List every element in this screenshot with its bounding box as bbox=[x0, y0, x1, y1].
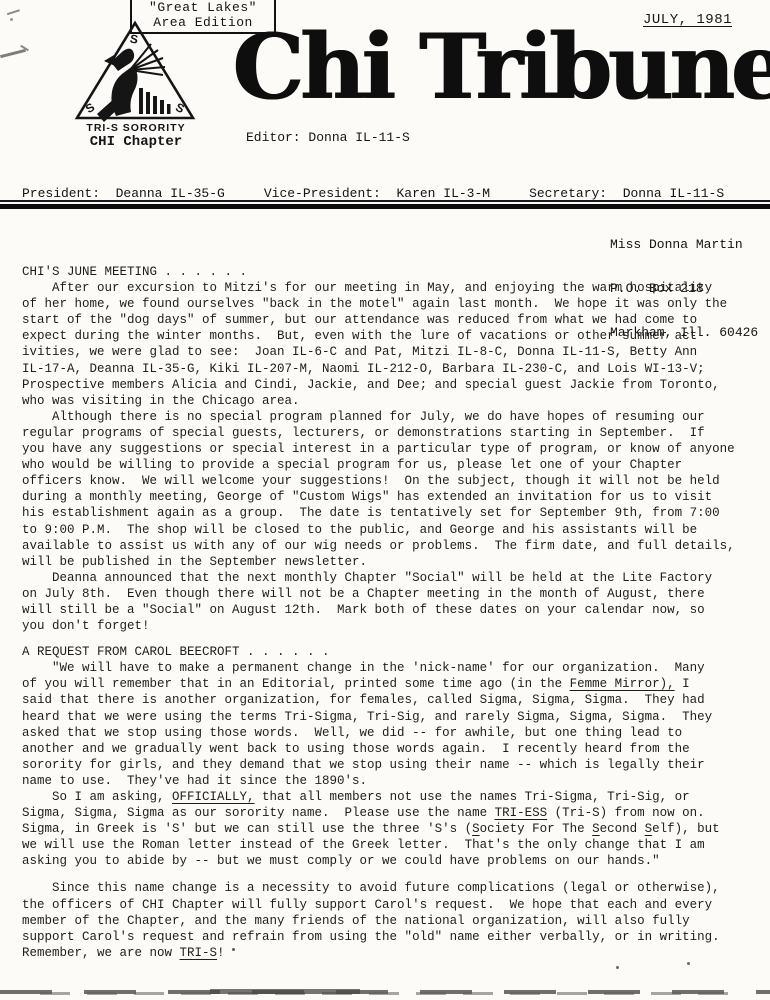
address-line: Miss Donna Martin bbox=[610, 238, 758, 253]
scan-edge-artifact bbox=[210, 989, 360, 994]
editor-line: Editor: Donna IL-11-S bbox=[246, 130, 410, 145]
body-text-segment: I said that there is another organizatio… bbox=[22, 677, 712, 788]
logo-chapter-name: CHI Chapter bbox=[68, 134, 204, 150]
underlined-text: S bbox=[592, 822, 600, 836]
speck-artifact bbox=[687, 962, 690, 965]
section-heading: CHI'S JUNE MEETING . . . . . . bbox=[22, 264, 762, 280]
body-text-segment: So I am asking, bbox=[22, 790, 172, 804]
svg-text:S: S bbox=[129, 32, 139, 47]
body-text-segment: ! bbox=[217, 946, 225, 960]
body-text-segment: ociety For The bbox=[480, 822, 593, 836]
newsletter-page: "Great Lakes" Area Edition JULY, 1981 Ch… bbox=[0, 0, 770, 1000]
body-paragraph: So I am asking, OFFICIALLY, that all mem… bbox=[22, 789, 762, 869]
svg-text:S: S bbox=[83, 100, 97, 116]
section-heading: A REQUEST FROM CAROL BEECROFT . . . . . … bbox=[22, 644, 762, 660]
pen-mark-artifact bbox=[7, 9, 22, 22]
pen-mark-artifact bbox=[0, 49, 26, 58]
pen-mark-artifact bbox=[20, 45, 29, 51]
svg-text:S: S bbox=[173, 100, 186, 116]
swan-emblem bbox=[97, 44, 171, 122]
body-text-segment: After our excursion to Mitzi's for our m… bbox=[22, 281, 727, 408]
underlined-text: TRI-ESS bbox=[495, 806, 548, 820]
tri-s-logo: S S S bbox=[73, 18, 198, 126]
scan-edge-artifact bbox=[0, 990, 770, 994]
underlined-text: Femme Mirror), bbox=[570, 677, 675, 691]
body-paragraph: "We will have to make a permanent change… bbox=[22, 660, 762, 789]
officers-line: President: Deanna IL-35-G Vice-President… bbox=[22, 186, 724, 201]
body-text-segment: Although there is no special program pla… bbox=[22, 410, 735, 569]
body-paragraph: Since this name change is a necessity to… bbox=[22, 880, 762, 960]
scan-edge-artifact bbox=[40, 992, 740, 995]
pen-mark-artifact bbox=[10, 18, 13, 21]
underlined-text: TRI-S bbox=[180, 946, 218, 960]
divider-thin bbox=[0, 200, 770, 202]
body-text-segment: Since this name change is a necessity to… bbox=[22, 881, 720, 959]
body-paragraph: After our excursion to Mitzi's for our m… bbox=[22, 280, 762, 409]
body-paragraph: Deanna announced that the next monthly C… bbox=[22, 570, 762, 634]
underlined-text: OFFICIALLY, bbox=[172, 790, 255, 804]
masthead-title: Chi Tribune bbox=[232, 22, 770, 112]
underlined-text: S bbox=[472, 822, 480, 836]
body-paragraph: Although there is no special program pla… bbox=[22, 409, 762, 570]
speck-artifact bbox=[616, 966, 619, 969]
body-text-segment: econd bbox=[600, 822, 645, 836]
body-text-segment: Deanna announced that the next monthly C… bbox=[22, 571, 712, 633]
logo-org-name: TRI-S SORORITY bbox=[68, 122, 204, 134]
newsletter-body: CHI'S JUNE MEETING . . . . . . After our… bbox=[22, 264, 762, 961]
